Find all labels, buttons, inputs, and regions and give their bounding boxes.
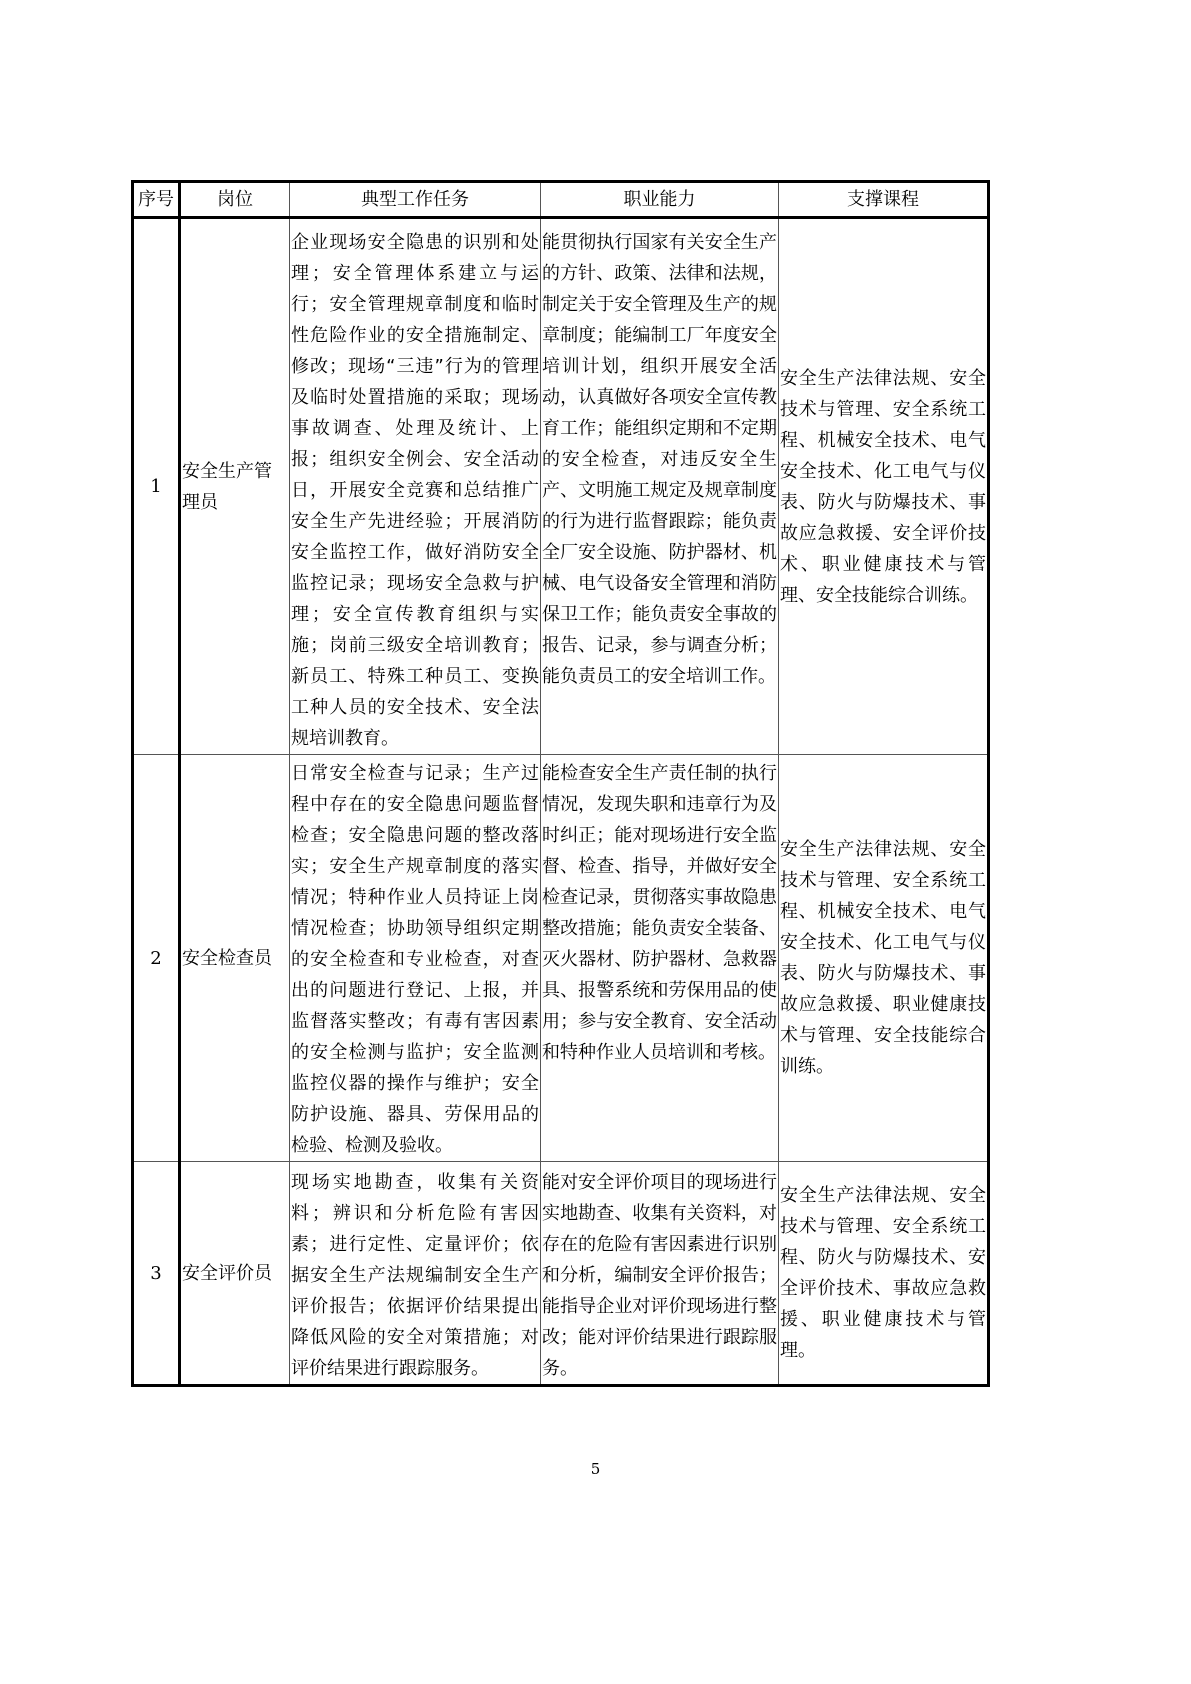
cell-position: 安全检查员	[180, 755, 290, 1162]
cell-position: 安全生产管理员	[180, 218, 290, 755]
cell-courses: 安全生产法律法规、安全技术与管理、安全系统工程、防火与防爆技术、安全评价技术、事…	[779, 1162, 989, 1386]
header-abilities: 职业能力	[541, 182, 779, 218]
header-tasks: 典型工作任务	[290, 182, 541, 218]
cell-courses: 安全生产法律法规、安全技术与管理、安全系统工程、机械安全技术、电气安全技术、化工…	[779, 218, 989, 755]
cell-no: 3	[133, 1162, 180, 1386]
cell-tasks: 现场实地勘查，收集有关资料；辨识和分析危险有害因素；进行定性、定量评价；依据安全…	[290, 1162, 541, 1386]
cell-tasks: 日常安全检查与记录；生产过程中存在的安全隐患问题监督检查；安全隐患问题的整改落实…	[290, 755, 541, 1162]
job-competency-table: 序号 岗位 典型工作任务 职业能力 支撑课程 1 安全生产管理员 企业现场安全隐…	[131, 180, 990, 1387]
header-position: 岗位	[180, 182, 290, 218]
cell-tasks: 企业现场安全隐患的识别和处理；安全管理体系建立与运行；安全管理规章制度和临时性危…	[290, 218, 541, 755]
cell-courses: 安全生产法律法规、安全技术与管理、安全系统工程、机械安全技术、电气安全技术、化工…	[779, 755, 989, 1162]
header-courses: 支撑课程	[779, 182, 989, 218]
cell-position: 安全评价员	[180, 1162, 290, 1386]
header-no: 序号	[133, 182, 180, 218]
table-row: 3 安全评价员 现场实地勘查，收集有关资料；辨识和分析危险有害因素；进行定性、定…	[133, 1162, 989, 1386]
cell-abilities: 能对安全评价项目的现场进行实地勘查、收集有关资料，对存在的危险有害因素进行识别和…	[541, 1162, 779, 1386]
cell-abilities: 能贯彻执行国家有关安全生产的方针、政策、法律和法规，制定关于安全管理及生产的规章…	[541, 218, 779, 755]
table-header-row: 序号 岗位 典型工作任务 职业能力 支撑课程	[133, 182, 989, 218]
page-number: 5	[0, 1460, 1191, 1478]
table-row: 1 安全生产管理员 企业现场安全隐患的识别和处理；安全管理体系建立与运行；安全管…	[133, 218, 989, 755]
cell-abilities: 能检查安全生产责任制的执行情况，发现失职和违章行为及时纠正；能对现场进行安全监督…	[541, 755, 779, 1162]
table-row: 2 安全检查员 日常安全检查与记录；生产过程中存在的安全隐患问题监督检查；安全隐…	[133, 755, 989, 1162]
cell-no: 2	[133, 755, 180, 1162]
document-page: 序号 岗位 典型工作任务 职业能力 支撑课程 1 安全生产管理员 企业现场安全隐…	[0, 0, 1191, 1684]
cell-no: 1	[133, 218, 180, 755]
